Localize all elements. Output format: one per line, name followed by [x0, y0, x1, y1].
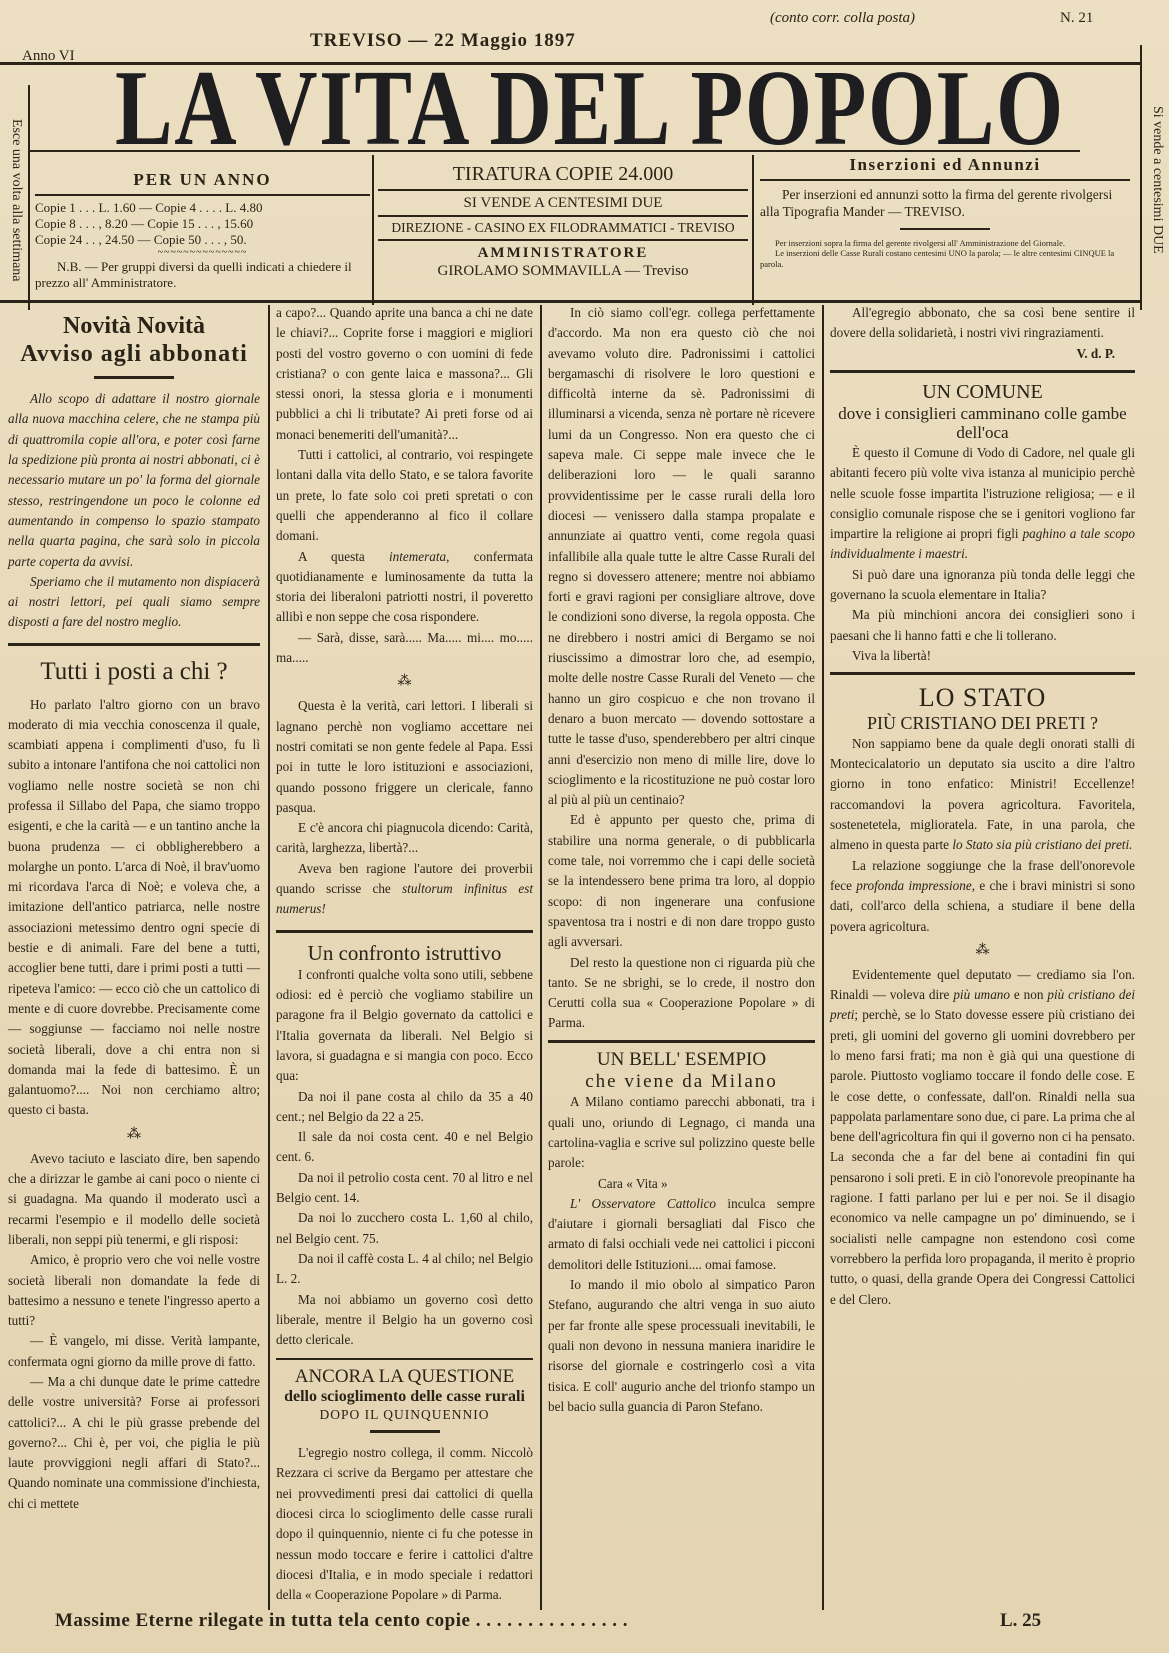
article-paragraph: La relazione soggiunge che la frase dell…	[830, 856, 1135, 937]
article-paragraph: Tutti i cattolici, al contrario, voi res…	[276, 445, 533, 546]
direction-address: DIREZIONE - CASINO EX FILODRAMMATICI - T…	[378, 220, 748, 236]
article-subtitle: DOPO IL QUINQUENNIO	[276, 1407, 533, 1423]
letter-salutation: Cara « Vita »	[548, 1174, 815, 1194]
price-comparison: Da noi lo zucchero costa L. 1,60 al chil…	[276, 1208, 533, 1249]
article-paragraph: L' Osservatore Cattolico inculca sempre …	[548, 1194, 815, 1275]
article-paragraph: — È vangelo, mi disse. Verità lampante, …	[8, 1331, 260, 1372]
box-divider	[372, 155, 374, 305]
side-rule-left	[28, 85, 30, 310]
ads-title: Inserzioni ed Annunzi	[760, 155, 1130, 175]
subscription-title: PER UN ANNO	[35, 170, 370, 190]
article-paragraph: È questo il Comune di Vodo di Cadore, ne…	[830, 443, 1135, 565]
article-subtitle: che viene da Milano	[548, 1071, 815, 1093]
column-3: In ciò siamo coll'egr. collega perfettam…	[548, 303, 815, 1417]
price-comparison: Da noi il pane costa al chilo da 35 a 40…	[276, 1087, 533, 1128]
article-paragraph: Aveva ben ragione l'autore dei proverbii…	[276, 859, 533, 920]
article-paragraph: Allo scopo di adattare il nostro giornal…	[8, 389, 260, 572]
footer-ad: Massime Eterne rilegate in tutta tela ce…	[55, 1610, 628, 1632]
article-title: Un confronto istruttivo	[276, 941, 533, 965]
article-paragraph: All'egregio abbonato, che sa così bene s…	[830, 303, 1135, 344]
footer-price: L. 25	[1000, 1610, 1041, 1632]
price-comparison: Da noi il caffè costa L. 4 al chilo; nel…	[276, 1249, 533, 1290]
price-row: Copie 8 . . . , 8.20 — Copie 15 . . . , …	[35, 216, 370, 232]
article-paragraph: Viva la libertà!	[830, 646, 1135, 666]
postal-note: (conto corr. colla posta)	[770, 10, 915, 27]
article-paragraph: E c'è ancora chi piagnucola dicendo: Car…	[276, 818, 533, 859]
article-paragraph: a capo?... Quando aprite una banca a chi…	[276, 303, 533, 445]
article-paragraph: Ho parlato l'altro giorno con un bravo m…	[8, 695, 260, 1121]
article-title: ANCORA LA QUESTIONE	[276, 1366, 533, 1388]
article-paragraph: Questa è la verità, cari lettori. I libe…	[276, 696, 533, 818]
section-separator: ⁂	[276, 674, 533, 690]
article-subtitle: PIÙ CRISTIANO DEI PRETI ?	[830, 713, 1135, 734]
article-paragraph: A Milano contiamo parecchi abbonati, tra…	[548, 1092, 815, 1173]
article-title: Avviso agli abbonati	[8, 341, 260, 369]
article-paragraph: Ma noi abbiamo un governo così detto lib…	[276, 1290, 533, 1351]
article-paragraph: Ed è appunto per questo che, prima di st…	[548, 810, 815, 952]
circulation: TIRATURA COPIE 24.000	[378, 162, 748, 186]
article-paragraph: — Sarà, disse, sarà..... Ma..... mi.... …	[276, 628, 533, 669]
article-paragraph: Non sappiamo bene da quale degli onorati…	[830, 734, 1135, 856]
column-divider	[822, 305, 824, 1610]
article-paragraph: Avevo taciuto e lasciato dire, ben sapen…	[8, 1149, 260, 1250]
article-paragraph: I confronti qualche volta sono utili, se…	[276, 965, 533, 1087]
subscription-note: N.B. — Per gruppi diversi da quelli indi…	[35, 259, 370, 290]
ads-small-2: Le inserzioni delle Casse Rurali costano…	[760, 248, 1130, 269]
side-rule-right	[1140, 45, 1142, 310]
article-subtitle: dove i consiglieri camminano colle gambe…	[830, 404, 1135, 443]
article-paragraph: Si può dare una ignoranza più tonda dell…	[830, 565, 1135, 606]
side-note-right: Si vende a centesimi DUE	[1143, 45, 1165, 315]
price-comparison: Da noi il petrolio costa cent. 70 al lit…	[276, 1168, 533, 1209]
article-kicker: Novità Novità	[8, 313, 260, 341]
article-paragraph: Del resto la questione non ci riguarda p…	[548, 953, 815, 1034]
column-1: Novità Novità Avviso agli abbonati Allo …	[8, 303, 260, 1514]
column-divider	[540, 305, 542, 1610]
article-paragraph: Amico, è proprio vero che voi nelle vost…	[8, 1250, 260, 1331]
price-note: SI VENDE A CENTESIMI DUE	[378, 194, 748, 212]
article-title: UN COMUNE	[830, 381, 1135, 404]
ads-small-1: Per inserzioni sopra la firma del gerent…	[760, 238, 1130, 249]
article-title: UN BELL' ESEMPIO	[548, 1049, 815, 1071]
issue-number: N. 21	[1060, 10, 1093, 27]
article-paragraph: Ma più minchioni ancora dei consiglieri …	[830, 605, 1135, 646]
column-4: All'egregio abbonato, che sa così bene s…	[830, 303, 1135, 1310]
masthead-rule	[30, 150, 1080, 152]
article-paragraph: Evidentemente quel deputato — crediamo s…	[830, 965, 1135, 1310]
ads-box: Inserzioni ed Annunzi Per inserzioni ed …	[760, 155, 1130, 270]
newspaper-page: Anno VI TREVISO — 22 Maggio 1897 (conto …	[0, 0, 1169, 1653]
circulation-box: TIRATURA COPIE 24.000 SI VENDE A CENTESI…	[378, 160, 748, 280]
article-paragraph: A questa intemerata, confermata quotidia…	[276, 547, 533, 628]
article-title: Tutti i posti a chi ?	[8, 658, 260, 687]
masthead-title: LA VITA DEL POPOLO	[115, 55, 883, 163]
article-paragraph: — Ma a chi dunque date le prime cattedre…	[8, 1372, 260, 1514]
administrator-name: GIROLAMO SOMMAVILLA — Treviso	[378, 262, 748, 280]
column-2: a capo?... Quando aprite una banca a chi…	[276, 303, 533, 1606]
ads-text: Per inserzioni ed annunzi sotto la firma…	[760, 187, 1130, 219]
article-paragraph: Speriamo che il mutamento non dispiacerà…	[8, 572, 260, 633]
subscription-box: PER UN ANNO Copie 1 . . . L. 1.60 — Copi…	[35, 170, 370, 290]
section-separator: ⁂	[8, 1127, 260, 1143]
price-row: Copie 24 . . , 24.50 — Copie 50 . . . , …	[35, 232, 370, 248]
article-subtitle: dello scioglimento delle casse rurali	[276, 1388, 533, 1406]
box-divider	[752, 155, 754, 305]
article-paragraph: Io mando il mio obolo al simpatico Paron…	[548, 1275, 815, 1417]
article-paragraph: In ciò siamo coll'egr. collega perfettam…	[548, 303, 815, 810]
price-row: Copie 1 . . . L. 1.60 — Copie 4 . . . . …	[35, 200, 370, 216]
price-comparison: Il sale da noi costa cent. 40 e nel Belg…	[276, 1127, 533, 1168]
article-title: LO STATO	[830, 683, 1135, 713]
column-divider	[268, 305, 270, 1610]
side-note-left: Esce una volta alla settimana	[2, 85, 24, 315]
section-separator: ⁂	[830, 943, 1135, 959]
signature: V. d. P.	[830, 344, 1135, 364]
article-paragraph: L'egregio nostro collega, il comm. Nicco…	[276, 1443, 533, 1605]
administrator-title: AMMINISTRATORE	[378, 244, 748, 262]
